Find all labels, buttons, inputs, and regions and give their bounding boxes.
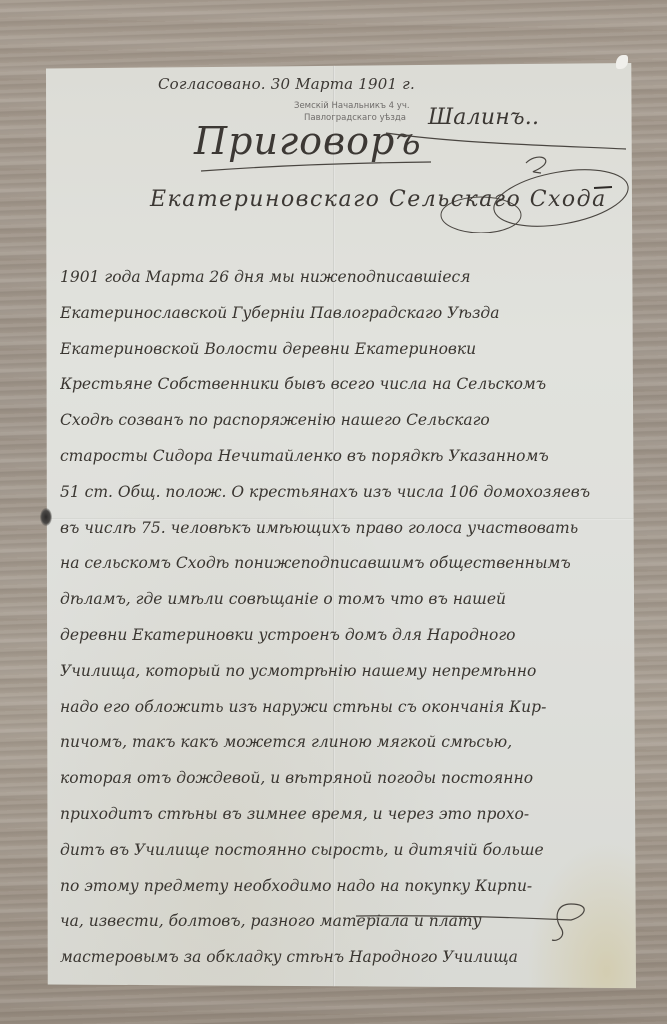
body-line: 1901 года Марта 26 дня мы нижеподписавші… bbox=[60, 260, 626, 296]
body-line: Екатеринославской Губерніи Павлоградскаг… bbox=[60, 296, 626, 332]
body-line: Крестьяне Собственники бывъ всего числа … bbox=[60, 367, 626, 403]
body-line: въ числѣ 75. человѣкъ имѣющихъ право гол… bbox=[60, 511, 626, 547]
body-line: деревни Екатериновки устроенъ домъ для Н… bbox=[60, 618, 626, 654]
body-line: 51 ст. Общ. полож. О крестьянахъ изъ чис… bbox=[60, 475, 626, 511]
body-line: Екатериновской Волости деревни Екатерино… bbox=[60, 332, 626, 368]
document-body: 1901 года Марта 26 дня мы нижеподписавші… bbox=[60, 260, 626, 976]
body-line: Сходѣ созванъ по распоряженію нашего Сел… bbox=[60, 403, 626, 439]
title-underline-icon bbox=[196, 159, 436, 179]
body-line: которая отъ дождевой, и вѣтряной погоды … bbox=[60, 761, 626, 797]
body-line: дѣламъ, где имѣли совѣщаніе о томъ что в… bbox=[60, 582, 626, 618]
body-line: надо его обложить изъ наружи стѣны съ ок… bbox=[60, 690, 626, 726]
body-line: на сельскомъ Сходѣ понижеподписавшимъ об… bbox=[60, 546, 626, 582]
body-line: приходитъ стѣны въ зимнее время, и через… bbox=[60, 797, 626, 833]
body-line: старосты Сидора Нечитайленко въ порядкѣ … bbox=[60, 439, 626, 475]
closing-flourish-icon bbox=[346, 898, 596, 948]
body-line: дитъ въ Училище постоянно сырость, и дит… bbox=[60, 833, 626, 869]
body-line: Училища, который по усмотрѣнію нашему не… bbox=[60, 654, 626, 690]
stamp-line-1: Земскій Начальникъ 4 уч. bbox=[294, 101, 410, 111]
body-line: пичомъ, такъ какъ можется глиною мягкой … bbox=[60, 725, 626, 761]
document-sheet: Согласовано. 30 Марта 1901 г. Земскій На… bbox=[46, 63, 636, 990]
pin-icon bbox=[40, 508, 52, 526]
approval-note: Согласовано. 30 Марта 1901 г. bbox=[158, 75, 415, 93]
document-subtitle: Екатериновскаго Сельскаго Схода bbox=[150, 187, 607, 212]
